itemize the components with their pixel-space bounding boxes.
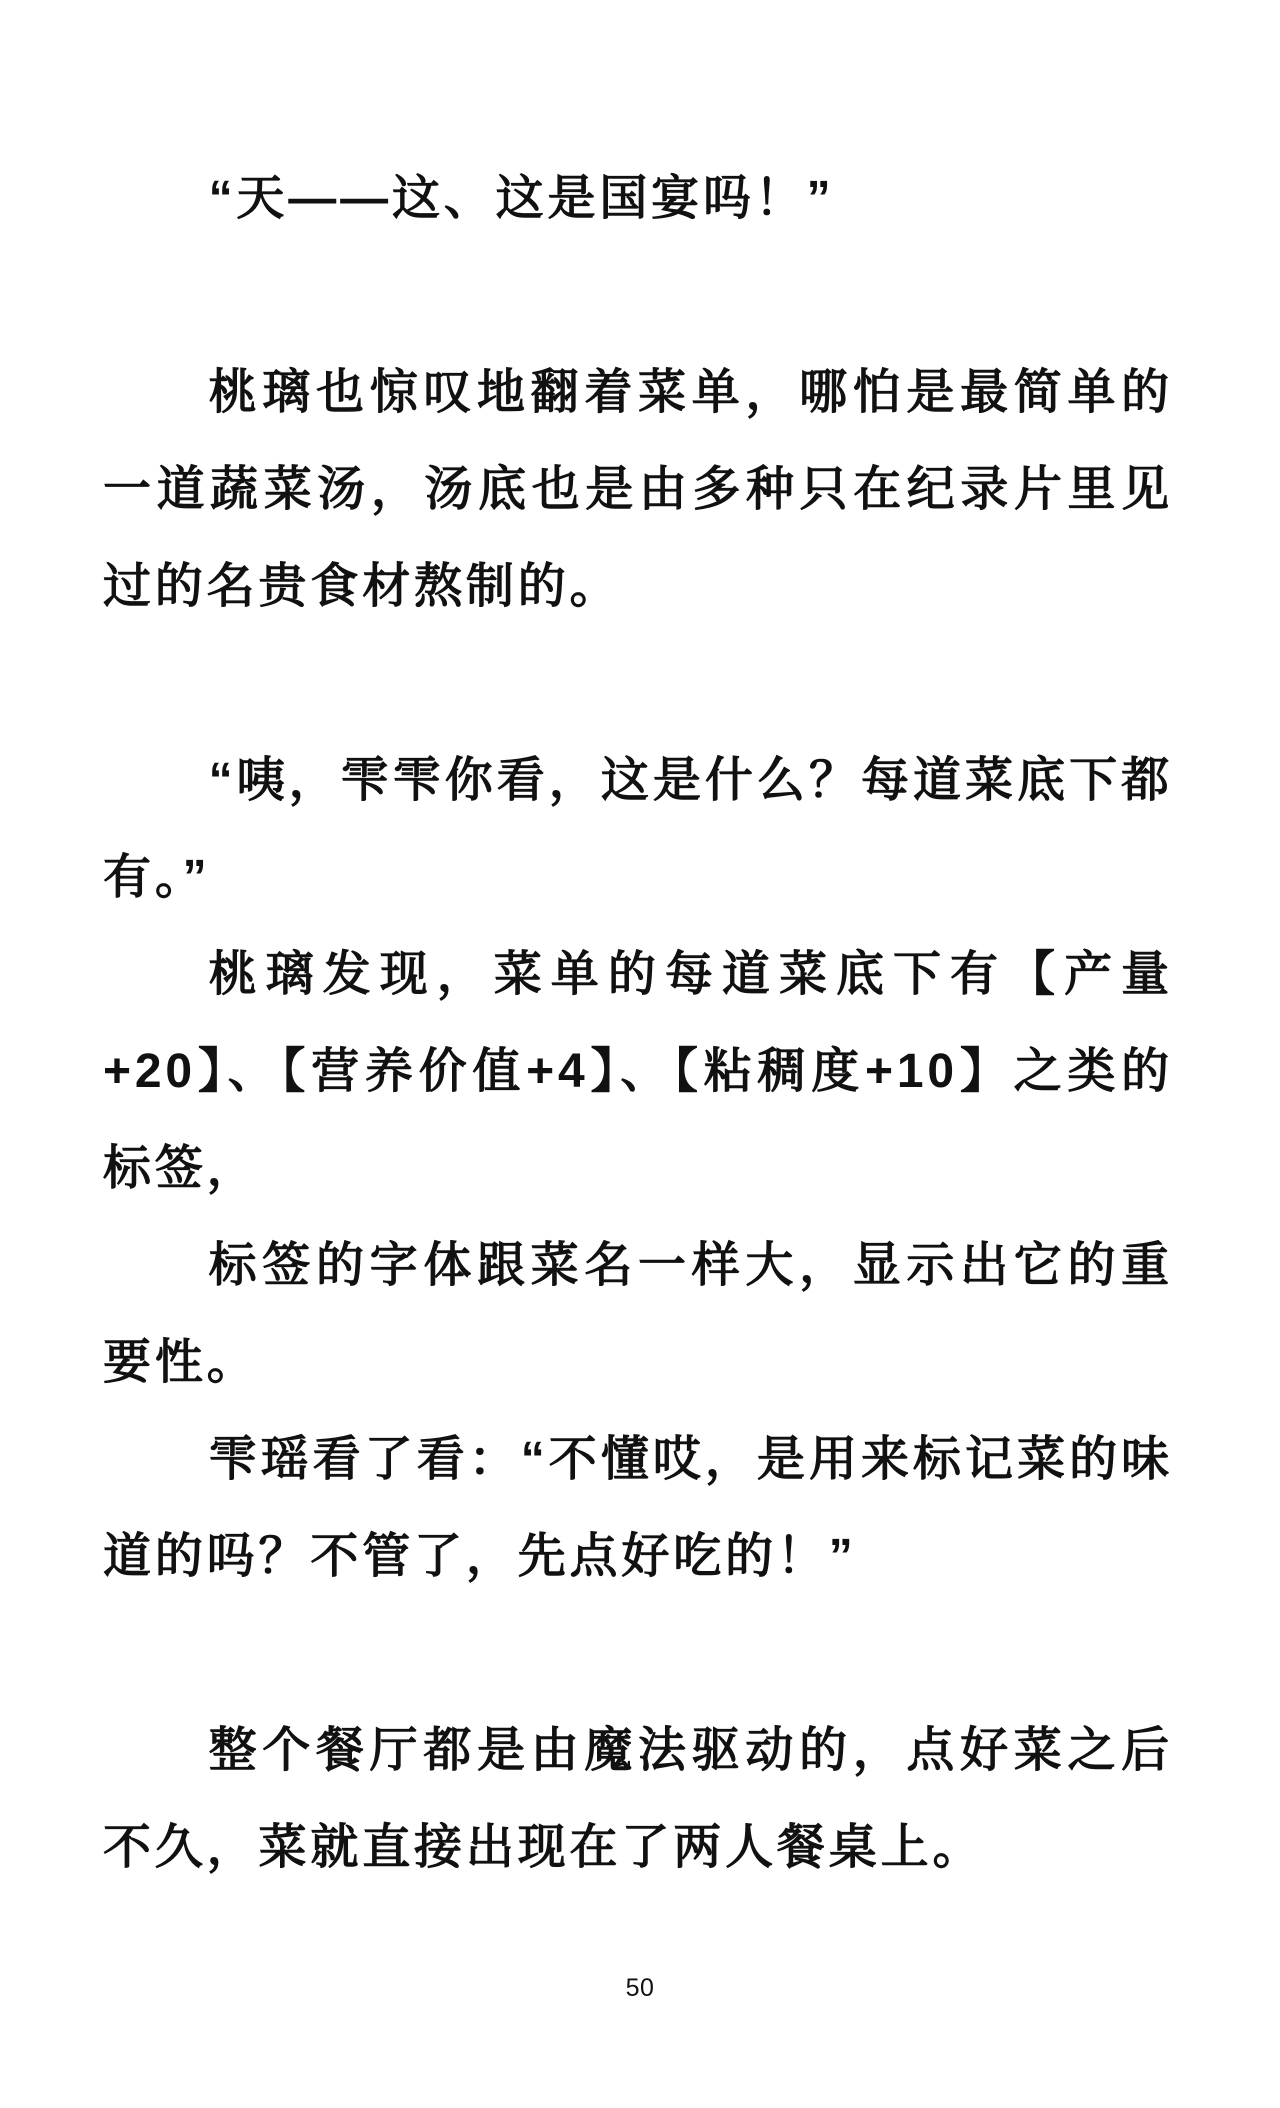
text-content: “天——这、这是国宴吗！”桃璃也惊叹地翻着菜单，哪怕是最简单的一道蔬菜汤，汤底也… xyxy=(103,150,1173,1896)
paragraph: 整个餐厅都是由魔法驱动的，点好菜之后不久，菜就直接出现在了两人餐桌上。 xyxy=(103,1702,1173,1896)
paragraph: 雫瑶看了看：“不懂哎，是用来标记菜的味道的吗？不管了，先点好吃的！” xyxy=(103,1411,1173,1605)
page-number: 50 xyxy=(0,1972,1280,2004)
paragraph: 标签的字体跟菜名一样大，显示出它的重要性。 xyxy=(103,1217,1173,1411)
paragraph: 桃璃也惊叹地翻着菜单，哪怕是最简单的一道蔬菜汤，汤底也是由多种只在纪录片里见过的… xyxy=(103,344,1173,635)
paragraph: “天——这、这是国宴吗！” xyxy=(103,150,1173,247)
paragraph: “咦，雫雫你看，这是什么？每道菜底下都有。” xyxy=(103,732,1173,926)
paragraph: 桃璃发现，菜单的每道菜底下有【产量+20】、【营养价值+4】、【粘稠度+10】之… xyxy=(103,926,1173,1217)
reader-page: “天——这、这是国宴吗！”桃璃也惊叹地翻着菜单，哪怕是最简单的一道蔬菜汤，汤底也… xyxy=(0,0,1280,2108)
